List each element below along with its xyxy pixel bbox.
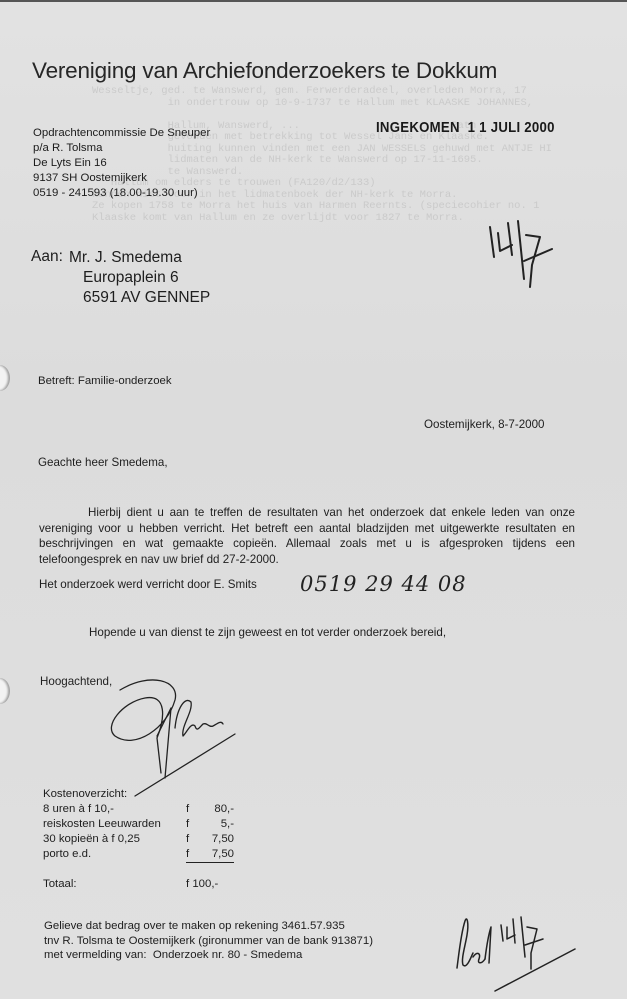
place-date: Oostemijkerk, 8-7-2000: [424, 418, 545, 431]
handwritten-received-date: [488, 215, 578, 295]
cost-amount: 5,-: [200, 817, 234, 832]
signature: [105, 678, 245, 798]
sender-line: Opdrachtencommissie De Sneuper: [33, 126, 210, 141]
received-stamp: INGEKOMEN 1 1 JULI 2000: [376, 119, 555, 136]
recipient-label: Aan:: [31, 248, 63, 266]
cost-overview: Kostenoverzicht: 8 uren à f 10,- f 80,- …: [43, 787, 234, 892]
punch-hole-bottom: [0, 678, 10, 704]
scanned-letter: Wesseltje, ged. te Wanswerd, gem. Ferwer…: [0, 0, 627, 999]
cost-row: 8 uren à f 10,- f 80,-: [43, 802, 234, 817]
cost-label: 8 uren à f 10,-: [43, 802, 186, 817]
recipient-street: Europaplein 6: [69, 268, 210, 288]
scan-edge: [0, 0, 627, 2]
handwritten-paid-note: [455, 913, 585, 998]
handwritten-phone-number: 0519 29 44 08: [300, 572, 467, 596]
recipient-city: 6591 AV GENNEP: [69, 288, 210, 308]
sender-line: 9137 SH Oostemijkerk: [33, 171, 210, 186]
recipient-address: Mr. J. Smedema Europaplein 6 6591 AV GEN…: [69, 248, 210, 308]
cost-label: reiskosten Leeuwarden: [43, 817, 186, 832]
sender-line: p/a R. Tolsma: [33, 141, 210, 156]
salutation: Geachte heer Smedema,: [38, 456, 168, 469]
payment-line: tnv R. Tolsma te Oostemijkerk (gironumme…: [44, 934, 373, 949]
cost-amount: 80,-: [200, 802, 234, 817]
letterhead-title: Vereniging van Archiefonderzoekers te Do…: [32, 58, 497, 84]
cost-currency: f: [186, 802, 200, 817]
punch-hole-top: [0, 365, 10, 391]
cost-row: reiskosten Leeuwarden f 5,-: [43, 817, 234, 832]
closing-line: Hopende u van dienst te zijn geweest en …: [89, 626, 446, 639]
sender-line: De Lyts Ein 16: [33, 156, 210, 171]
payment-instructions: Gelieve dat bedrag over te maken op reke…: [44, 919, 373, 963]
cost-amount: 7,50: [200, 847, 234, 863]
cost-amount: 7,50: [200, 832, 234, 847]
body-paragraph: Hierbij dient u aan te treffen de result…: [39, 505, 575, 567]
cost-row: 30 kopieën à f 0,25 f 7,50: [43, 832, 234, 847]
cost-currency: f: [186, 847, 200, 863]
cost-row: porto e.d. f 7,50: [43, 847, 234, 863]
payment-line: Gelieve dat bedrag over te maken op reke…: [44, 919, 373, 934]
recipient-name: Mr. J. Smedema: [69, 248, 210, 268]
performed-by: Het onderzoek werd verricht door E. Smit…: [39, 578, 257, 591]
cost-label: porto e.d.: [43, 847, 186, 863]
payment-line: met vermelding van: Onderzoek nr. 80 - S…: [44, 948, 373, 963]
cost-currency: f: [186, 832, 200, 847]
cost-label: 30 kopieën à f 0,25: [43, 832, 186, 847]
sign-off: Hoogachtend,: [40, 675, 112, 688]
cost-currency: f: [186, 817, 200, 832]
sender-line: 0519 - 241593 (18.00-19.30 uur): [33, 186, 210, 201]
cost-total-row: Totaal: f 100,-: [43, 863, 234, 893]
subject-line: Betreft: Familie-onderzoek: [38, 375, 172, 387]
cost-total-label: Totaal:: [43, 863, 186, 893]
cost-table: 8 uren à f 10,- f 80,- reiskosten Leeuwa…: [43, 802, 234, 892]
sender-address: Opdrachtencommissie De Sneuper p/a R. To…: [33, 126, 210, 201]
cost-total-amount: f 100,-: [186, 863, 234, 893]
cost-heading: Kostenoverzicht:: [43, 787, 234, 802]
